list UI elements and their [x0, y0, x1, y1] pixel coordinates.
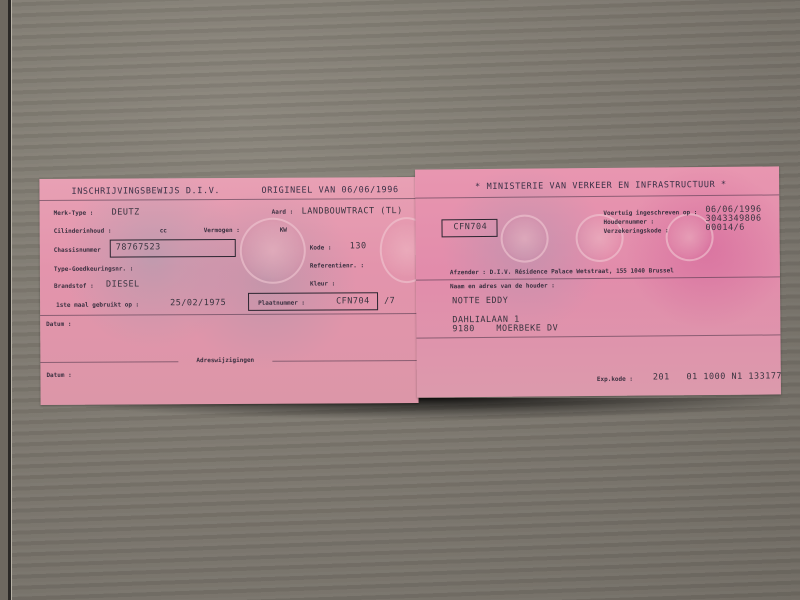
aard-label: Aard : — [272, 209, 294, 216]
verzekeringskode-value: 00014/6 — [705, 223, 744, 233]
divider — [40, 361, 178, 363]
registration-left-page: INSCHRIJVINGSBEWIJS D.I.V. ORIGINEEL VAN… — [39, 177, 418, 405]
adreswijzigingen-heading: Adreswijzigingen — [196, 357, 254, 364]
eerste-gebruik-label: 1ste maal gebruikt op : — [56, 301, 139, 308]
floor-plank-edge — [0, 0, 8, 600]
divider — [272, 360, 418, 362]
divider — [416, 334, 780, 338]
floor-plank-seam — [8, 0, 12, 600]
merk-type-label: Merk-Type : — [54, 210, 94, 217]
plate-number: CFN704 — [453, 222, 487, 232]
ministry-title: * MINISTERIE VAN VERKEER EN INFRASTRUCTU… — [475, 180, 727, 192]
datum-label: Datum : — [46, 372, 71, 379]
exp-kode-value: 201 01 1000 N1 133177 — [653, 371, 782, 382]
brandstof-value: DIESEL — [106, 279, 140, 289]
vermogen-label: Vermogen : — [204, 227, 240, 234]
referentienr-label: Referentienr. : — [310, 262, 364, 269]
registration-right-page: * MINISTERIE VAN VERKEER EN INFRASTRUCTU… — [415, 166, 781, 397]
afzender-line: Afzender : D.I.V. Résidence Palace Wetst… — [450, 267, 674, 276]
plaatnummer-suffix: /7 — [384, 296, 395, 306]
cilinderinhoud-label: Cilinderinhoud : — [54, 228, 112, 235]
vermogen-unit: KW — [280, 227, 287, 234]
chassisnummer-value: 78767523 — [116, 242, 161, 252]
kleur-label: Kleur : — [310, 280, 335, 287]
type-goedkeuringsnr-label: Type-Goedkeuringsnr. : — [54, 266, 134, 273]
merk-type-value: DEUTZ — [112, 207, 140, 217]
cilinderinhoud-unit: cc — [160, 227, 167, 234]
document-title: INSCHRIJVINGSBEWIJS D.I.V. — [71, 186, 220, 197]
ingeschreven-label: Voertuig ingeschreven op : — [603, 209, 697, 217]
eerste-gebruik-value: 25/02/1975 — [170, 298, 226, 308]
houdernummer-label: Houdernummer : — [603, 219, 654, 226]
plaatnummer-value: CFN704 — [336, 296, 370, 306]
plaatnummer-label: Plaatnummer : — [258, 300, 305, 307]
kode-value: 130 — [350, 241, 367, 251]
holder-label: Naam en adres van de houder : — [450, 282, 555, 290]
original-date: ORIGINEEL VAN 06/06/1996 — [261, 185, 398, 196]
divider — [40, 313, 418, 316]
kode-label: Kode : — [310, 244, 332, 251]
holder-city: MOERBEKE DV — [496, 323, 558, 334]
brandstof-label: Brandstof : — [54, 283, 94, 290]
datum-label: Datum : — [46, 321, 71, 328]
exp-kode-label: Exp.kode : — [597, 376, 633, 383]
divider — [415, 194, 779, 198]
watermark-seal — [500, 214, 548, 262]
chassisnummer-label: Chassisnummer — [54, 247, 101, 254]
holder-postcode: 9180 — [452, 324, 475, 334]
holder-name: NOTTE EDDY — [452, 296, 508, 306]
aard-value: LANDBOUWTRACT (TL) — [302, 206, 403, 217]
watermark-seal — [240, 218, 306, 284]
verzekeringskode-label: Verzekeringskode : — [604, 227, 669, 235]
divider — [416, 276, 780, 280]
divider — [40, 198, 418, 201]
